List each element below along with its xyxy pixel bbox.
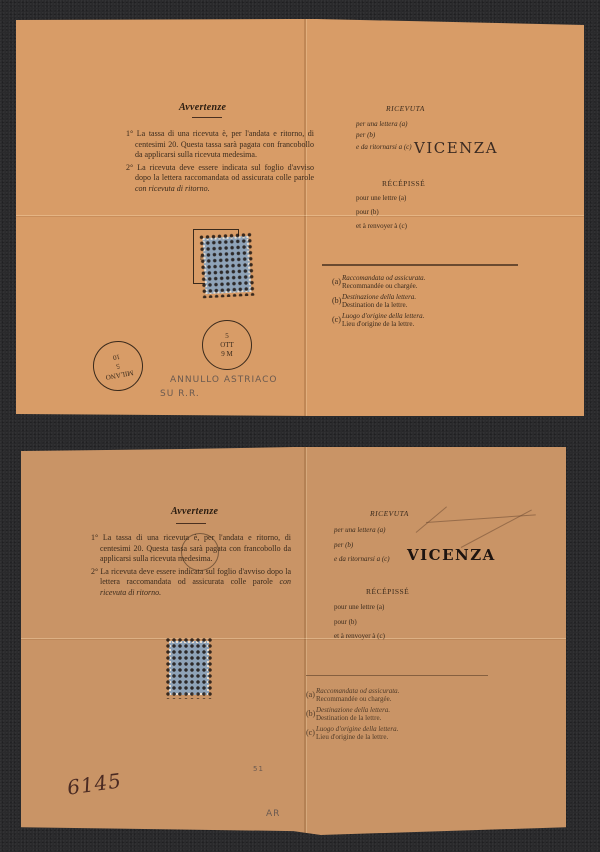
footnote-legend: (a) Raccomandata od assicurata.Recommand… [332,274,425,331]
recepisse-line-c: et à renvoyer à (c) [356,222,407,230]
legend-item-c: (c) Luogo d'origine della lettera.Lieu d… [306,725,399,741]
numeral-cancel-dots [198,232,255,299]
vertical-fold [304,447,306,835]
instructions-block: 1° La tassa di una ricevuta è, per l'and… [126,129,314,196]
legend-item-a: (a) Raccomandata od assicurata.Recommand… [306,687,399,703]
instruction-2: 2° La ricevuta deve essere indicata sul … [91,567,291,599]
horizontal-fold [21,638,566,639]
recepisse-heading: RÉCÉPISSÉ [366,587,409,596]
instruction-1: 1° La tassa di una ricevuta è, per l'and… [126,129,314,161]
recepisse-line-a: pour une lettre (a) [356,194,406,202]
pencil-ar-mark: AR [266,809,280,819]
return-receipt-form-top: Avvertenze 1° La tassa di una ricevuta è… [16,19,584,416]
pencil-annotation-line1: ANNULLO ASTRIACO [170,375,278,385]
vicenza-handstamp: VICENZA [407,546,496,564]
ricevuta-heading: RICEVUTA [386,104,425,113]
vicenza-handstamp: VICENZA [414,139,498,157]
date-cancel-right: 5 OTT 9 M [202,320,252,370]
recepisse-line-b: pour (b) [334,618,357,626]
date-cancel-left: MILANO 5 10 [89,337,147,395]
numeral-cancel-dots [165,637,213,699]
postage-stamp [203,236,252,294]
ricevuta-line-b: per (b) [356,131,375,139]
pencil-small-number: 51 [253,765,264,773]
return-receipt-form-bottom: Avvertenze 1° La tassa di una ricevuta è… [21,447,566,835]
faint-date-cancel [181,533,219,571]
postage-stamp [169,641,209,695]
ricevuta-heading: RICEVUTA [370,509,409,518]
handwritten-reference-number: 6145 [66,768,124,799]
signature-stroke [416,506,447,532]
ricevuta-line-a: per una lettera (a) [334,526,386,534]
recepisse-line-a: pour une lettre (a) [334,603,384,611]
recepisse-line-c: et à renvoyer à (c) [334,632,385,640]
title-ornament [176,523,206,524]
ricevuta-line-a: per una lettera (a) [356,120,408,128]
ricevuta-line-b: per (b) [334,541,353,549]
vertical-fold [304,19,306,416]
legend-item-b: (b) Destinazione della lettera.Destinati… [332,293,425,309]
legend-item-c: (c) Luogo d'origine della lettera.Lieu d… [332,312,425,328]
pencil-annotation-line2: SU R.R. [160,389,200,399]
title-ornament [192,117,222,118]
separator-rule [322,264,518,266]
ricevuta-line-c: e da ritornarsi a (c) [356,143,412,151]
avvertenze-title: Avvertenze [171,506,218,517]
avvertenze-title: Avvertenze [179,102,226,113]
signature-stroke [461,510,532,548]
separator-rule [306,675,488,676]
recepisse-heading: RÉCÉPISSÉ [382,179,425,188]
ricevuta-line-c: e da ritornarsi a (c) [334,555,390,563]
legend-item-a: (a) Raccomandata od assicurata.Recommand… [332,274,425,290]
recepisse-line-b: pour (b) [356,208,379,216]
legend-item-b: (b) Destinazione della lettera.Destinati… [306,706,399,722]
footnote-legend: (a) Raccomandata od assicurata.Recommand… [306,687,399,744]
horizontal-fold [16,215,584,216]
instruction-2: 2° La ricevuta deve essere indicata sul … [126,163,314,195]
